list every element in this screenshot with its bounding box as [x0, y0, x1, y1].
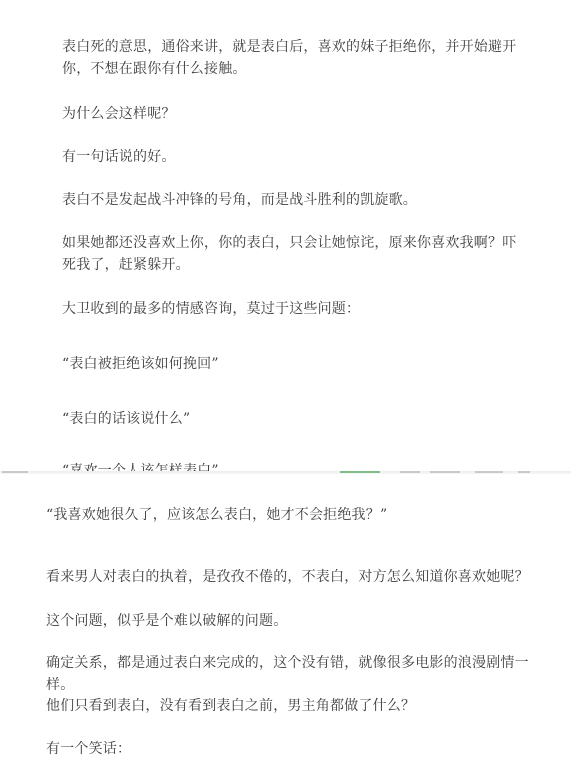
paragraph: 他们只看到表白，没有看到表白之前，男主角都做了什么？	[46, 695, 546, 717]
seam-artifact	[340, 471, 380, 473]
paragraph: 有一句话说的好。	[62, 146, 522, 168]
paragraph: 大卫收到的最多的情感咨询，莫过于这些问题：	[62, 298, 522, 320]
paragraph: 为什么会这样呢？	[62, 103, 522, 125]
paragraph: 表白死的意思，通俗来讲，就是表白后，喜欢的妹子拒绝你，并开始避开你，不想在跟你有…	[62, 36, 522, 80]
quoted-question: “表白被拒绝该如何挽回”	[62, 353, 522, 375]
seam-artifact	[400, 471, 420, 473]
seam-artifact	[430, 471, 460, 473]
paragraph: 如果她都还没喜欢上你，你的表白，只会让她惊诧，原来你喜欢我啊？吓死我了，赶紧躲开…	[62, 232, 522, 276]
paragraph: 看来男人对表白的执着，是孜孜不倦的，不表白，对方怎么知道你喜欢她呢？	[46, 566, 546, 588]
seam-artifact	[518, 471, 530, 473]
quoted-question: “我喜欢她很久了，应该怎么表白，她才不会拒绝我？”	[46, 504, 546, 526]
paragraph: 这个问题，似乎是个难以破解的问题。	[46, 610, 546, 632]
paragraph: 表白不是发起战斗冲锋的号角，而是战斗胜利的凯旋歌。	[62, 189, 522, 211]
quoted-question: “表白的话该说什么”	[62, 408, 522, 430]
seam-artifact	[2, 471, 28, 473]
seam-artifact	[475, 471, 503, 473]
article-excerpt-top: 表白死的意思，通俗来讲，就是表白后，喜欢的妹子拒绝你，并开始避开你，不想在跟你有…	[0, 0, 571, 472]
paragraph: 有一个笑话：	[46, 738, 546, 760]
paragraph: 确定关系，都是通过表白来完成的，这个没有错，就像很多电影的浪漫剧情一样。	[46, 652, 546, 696]
article-excerpt-bottom: “我喜欢她很久了，应该怎么表白，她才不会拒绝我？” 看来男人对表白的执着，是孜孜…	[0, 474, 571, 778]
